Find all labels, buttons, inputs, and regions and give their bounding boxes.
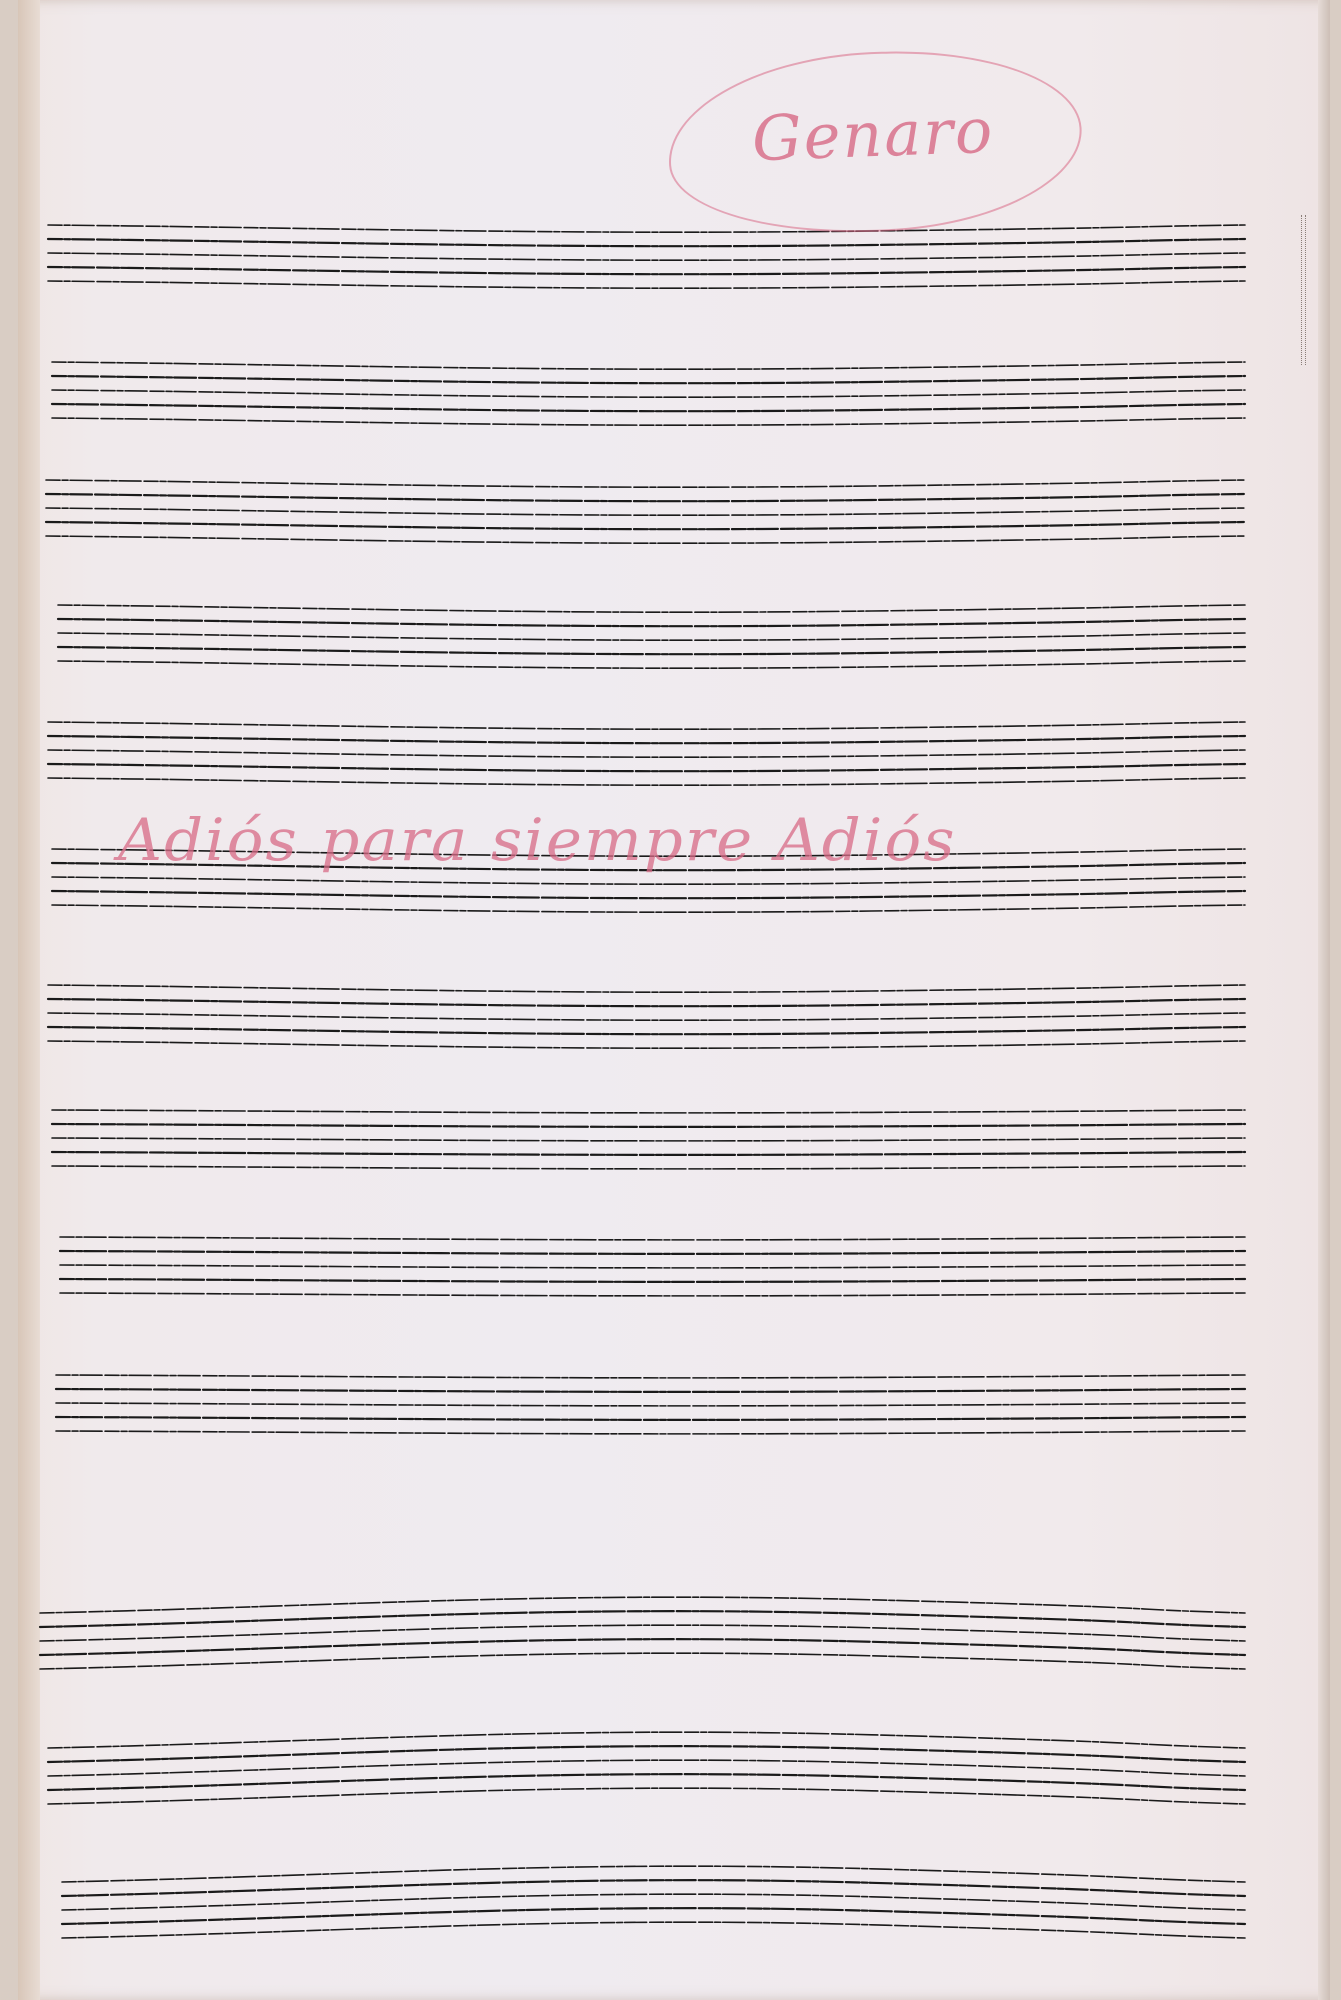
staff-line [60, 1251, 1245, 1254]
staff-line [58, 633, 1245, 640]
staff-line [40, 1611, 1245, 1627]
staff-line [52, 1166, 1245, 1169]
title-annotation: Genaro [751, 94, 995, 175]
staff-line [48, 985, 1245, 992]
staff-line [58, 661, 1245, 668]
staff-line [46, 508, 1245, 515]
staff-line [56, 1417, 1245, 1420]
staff-line [48, 1027, 1245, 1034]
staff-line [52, 1138, 1245, 1141]
staff-line [48, 736, 1245, 743]
song-title-annotation: Adiós para siempre Adiós [118, 806, 957, 874]
staff-line [52, 404, 1245, 411]
staff-line [46, 494, 1245, 501]
staff-line [52, 390, 1245, 397]
staff-line [48, 1041, 1245, 1048]
staff-line [40, 1639, 1245, 1655]
staff-line [52, 418, 1245, 425]
staff-line [52, 877, 1245, 884]
staff-line [56, 1375, 1245, 1378]
staff-line [58, 647, 1245, 654]
staff-line [52, 362, 1245, 369]
staff-line [52, 1152, 1245, 1155]
staff-line [60, 1279, 1245, 1282]
staff-line [48, 999, 1245, 1006]
staff-line [48, 281, 1245, 288]
staff-line [46, 536, 1245, 543]
staff-line [40, 1653, 1245, 1669]
staff-line [60, 1265, 1245, 1268]
staff-group [40, 225, 1245, 1938]
staff-line [58, 619, 1245, 626]
staff-line [48, 1013, 1245, 1020]
staff-line [60, 1293, 1245, 1296]
staff-line [56, 1431, 1245, 1434]
staff-lines [0, 0, 1341, 2000]
staff-line [48, 764, 1245, 771]
staff-line [52, 905, 1245, 912]
staff-line [48, 778, 1245, 785]
staff-line [46, 522, 1245, 529]
staff-line [56, 1389, 1245, 1392]
staff-line [52, 1124, 1245, 1127]
staff-line [58, 605, 1245, 612]
staff-line [52, 891, 1245, 898]
staff-line [60, 1237, 1245, 1240]
staff-line [48, 722, 1245, 729]
staff-line [48, 253, 1245, 260]
staff-line [46, 480, 1245, 487]
staff-line [48, 1788, 1245, 1804]
staff-line [62, 1922, 1245, 1938]
staff-line [48, 225, 1245, 232]
staff-line [48, 750, 1245, 757]
staff-line [48, 267, 1245, 274]
staff-line [52, 1110, 1245, 1113]
staff-line [56, 1403, 1245, 1406]
staff-line [48, 239, 1245, 246]
staff-line [52, 376, 1245, 383]
